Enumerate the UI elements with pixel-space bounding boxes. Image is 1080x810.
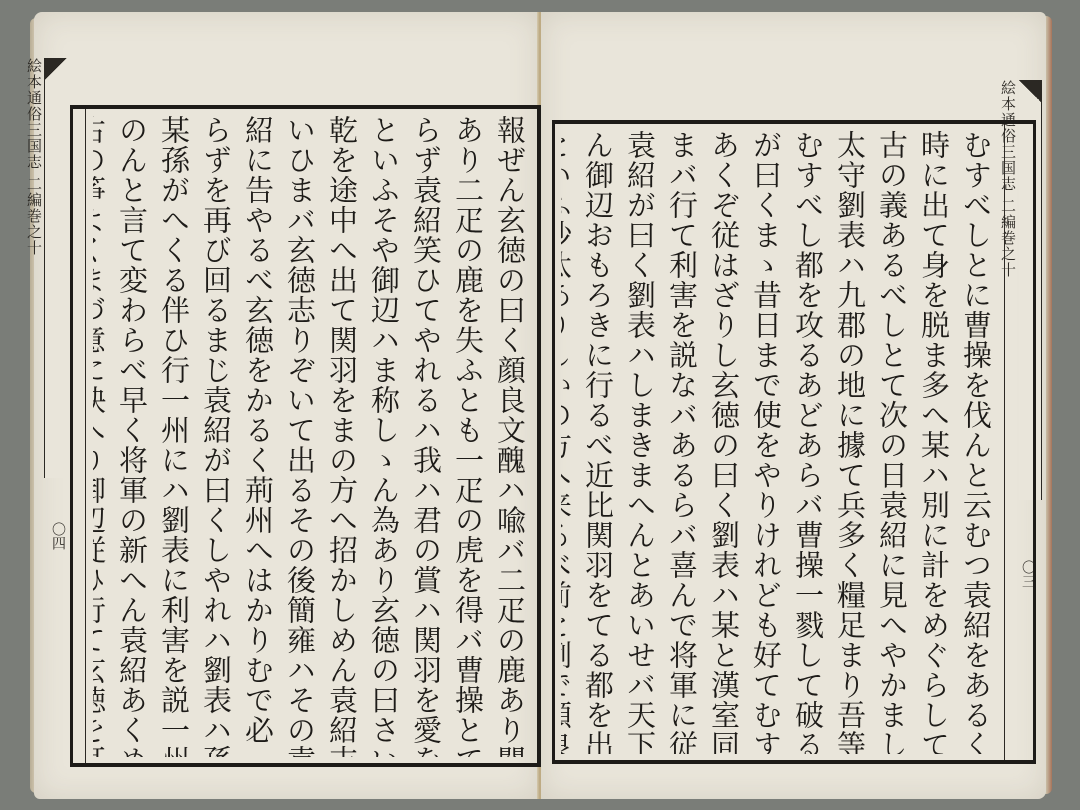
left-page-text: 報ぜん玄徳の曰く顔良文醜ハ喩バ二疋の鹿あり関羽ハ一疋の虎 あり二疋の鹿を失ふとも… [93,115,531,757]
open-book: 絵本通俗三国志 二編巻之十 〇四 絵本通俗三国志 二編巻之十 〇三 報ぜん玄徳の… [30,12,1052,799]
text-column: ん御辺おもろきに行るべ近比関羽をてる都を出て尋ね来 [577,130,619,754]
text-column: いひまバ玄徳志りぞいて出るその後簡雍ハその袁 [279,115,321,757]
text-column: むすべし都を攻るあどあらバ曹操一戮して破るべし袁紹 [787,130,829,754]
text-column: といふそや御辺ハま称しゝん為あり玄徳の曰さいハ孫 [363,115,405,757]
text-column: 袁紹が曰く劉表ハしまきまへんとあいせバ天下ゆあんの患るあるべ [619,130,661,754]
text-column: が曰くまゝ昔日まで使をやりけれども好てむすばんといへども劉表 [745,130,787,754]
left-margin-title: 絵本通俗三国志 二編巻之十 [44,58,67,478]
text-column: まバ行て利害を説なバあるらバ喜んで将軍に従ふべん [661,130,703,754]
text-column: 太守劉表ハ九郡の地に據て兵多く糧足まり吾等好 [829,130,871,754]
text-column: 時に出て身を脱ま多へ某ハ別に計をめぐらして出いへん玄徳 [913,130,955,754]
text-column: むすべしとに曹操を伐んと云むつ袁紹をあるく許諾せんその [955,130,997,754]
text-column: あくぞ従はざりし玄徳の曰く劉表ハ某と漢室同宗の親族か [703,130,745,754]
text-column: 古の義あるべしとて次の日袁紹に見へやかましるへ荊州の [871,130,913,754]
right-frame-inner-rule [1004,124,1005,760]
text-column: 乾を途中へ出て関羽をまの方へ招かしめん袁紹志るべしと [321,115,363,757]
text-column: らずを再び回るまじ袁紹が曰くしやれハ劉表ハ孫 [195,115,237,757]
text-column: のんと言て変わらべ早く将軍の新へん袁紹あくめるらん喜び [111,115,153,757]
left-text-frame: 報ぜん玄徳の曰く顔良文醜ハ喩バ二疋の鹿あり関羽ハ一疋の虎 あり二疋の鹿を失ふとも… [70,105,541,767]
text-column: 報ぜん玄徳の曰く顔良文醜ハ喩バ二疋の鹿あり関羽ハ一疋の虎 [489,115,531,757]
left-folio-number: 〇四 [48,522,68,550]
right-page-text: むすべしとに曹操を伐んと云むつ袁紹をあるく許諾せんその 時に出て身を脱ま多へ某ハ… [561,130,997,754]
text-column: 紹に告やるべ玄徳をかるく荊州へはかりむで必 [237,115,279,757]
text-column: あり二疋の鹿を失ふとも一疋の虎を得バ曹操とても畏るゝに足 [447,115,489,757]
text-column: らず袁紹笑ひてやれるハ我ハ君の賞ハ関羽を愛をいさゝか戯ま [405,115,447,757]
right-text-frame: むすべしとに曹操を伐んと云むつ袁紹をあるく許諾せんその 時に出て身を脱ま多へ某ハ… [552,120,1036,764]
text-column: 古の筝よくまづ意に怏へり御辺従ひ行て玄徳を耳迎を [93,115,111,757]
text-column: といふ沙汰ありしかの方へ来るべ前と例で顔良文醜が仇と [561,130,577,754]
text-column: 某孫がへくる伴ひ行一州にハ劉表に利害を説一州にハ玄徳 [153,115,195,757]
left-frame-inner-rule [85,109,86,763]
